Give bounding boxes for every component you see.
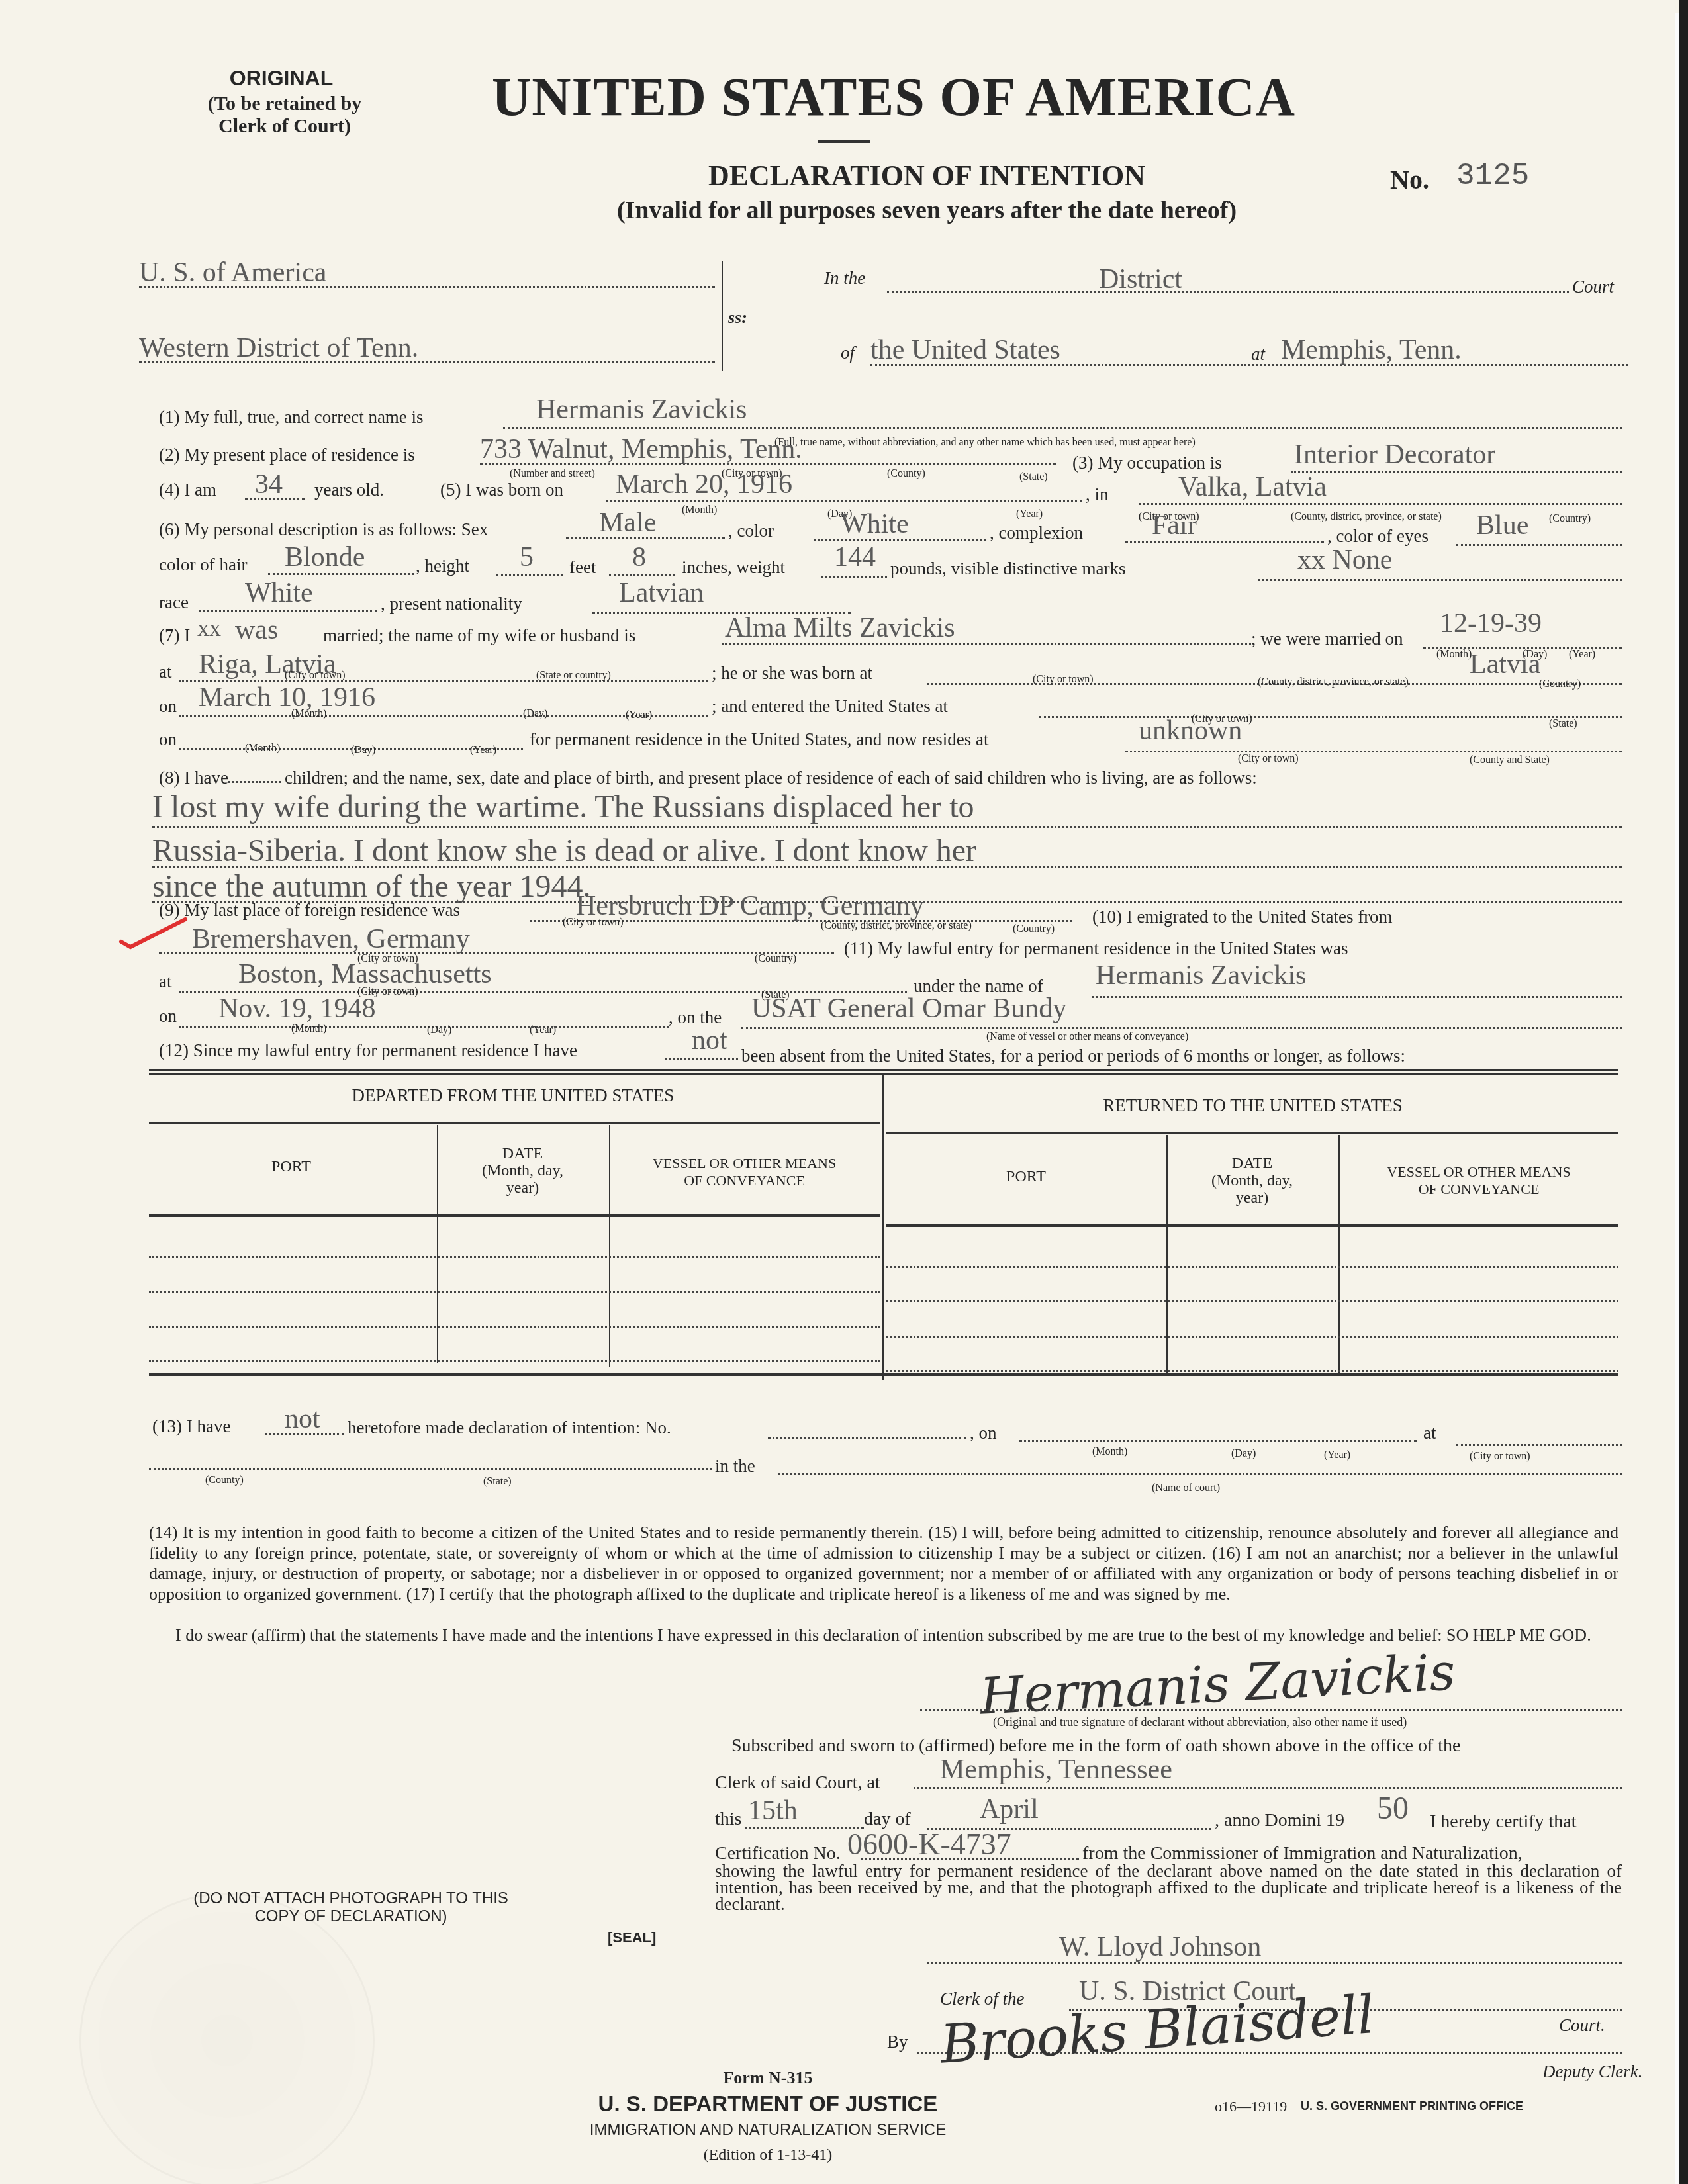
distinctive-marks: xx None (1297, 544, 1392, 576)
col-port-departed: PORT (149, 1158, 434, 1176)
color: White (841, 508, 909, 540)
residence: 733 Walnut, Memphis, Tenn. (480, 433, 802, 465)
caption-month: (Month) (291, 1023, 326, 1035)
certification-number: 0600-K-4737 (847, 1827, 1011, 1862)
q2-label: (2) My present place of residence is (159, 445, 415, 465)
caption-city: (City or town) (1470, 1451, 1530, 1463)
form-edition: (Edition of 1-13-41) (629, 2146, 907, 2164)
declaration-number: 3125 (1456, 159, 1529, 193)
certification-text-b: showing the lawful entry for permanent r… (715, 1863, 1622, 1913)
table-row[interactable] (886, 1300, 1618, 1302)
caption-state: (State) (1549, 718, 1577, 730)
clerk-of-label: Clerk of the (940, 1989, 1024, 2009)
caption-court-name: (Name of court) (1152, 1482, 1220, 1494)
on-label: on (159, 696, 177, 717)
q7-label-b: married; the name of my wife or husband … (323, 625, 635, 646)
caption-county-state: (County and State) (1470, 754, 1550, 766)
q11-label: (11) My lawful entry for permanent resid… (844, 938, 1348, 959)
scan-edge-highlight (1675, 13, 1679, 2184)
q6-label: (6) My personal description is as follow… (159, 520, 488, 540)
color-label: , color (728, 521, 774, 541)
age: 34 (255, 469, 283, 500)
weight: 144 (834, 541, 876, 573)
this-label: this (715, 1809, 741, 1830)
jurat-location: Memphis, Tennessee (940, 1754, 1172, 1786)
oath-swear: I do swear (affirm) that the statements … (149, 1625, 1618, 1645)
entry-date: Nov. 19, 1948 (218, 993, 376, 1024)
q8-label-b: children; and the name, sex, date and pl… (285, 768, 1257, 788)
vessel-header-line-1: VESSEL OR OTHER MEANS (1340, 1163, 1618, 1181)
in-the-label: In the (824, 268, 865, 289)
caption-year: (Year) (1569, 649, 1595, 660)
marriage-date: 12-19-39 (1440, 608, 1542, 639)
scan-edge (1679, 0, 1688, 2184)
q12-label: (12) Since my lawful entry for permanent… (159, 1040, 577, 1061)
full-name: Hermanis Zavickis (536, 394, 747, 426)
print-code: o16—19119 (1215, 2098, 1287, 2115)
col-vessel-returned: VESSEL OR OTHER MEANS OF CONVEYANCE (1340, 1163, 1618, 1198)
table-row[interactable] (149, 1326, 880, 1328)
caption-number-street: (Number and street) (510, 468, 595, 480)
ss-label: ss: (728, 308, 747, 328)
date-header-line-3: year) (438, 1179, 607, 1197)
height-label: , height (416, 556, 469, 576)
caption-county: (County, district, province, or state) (821, 920, 972, 932)
birth-place: Valka, Latvia (1178, 471, 1327, 503)
of-label: of (841, 343, 855, 363)
q9-label: (9) My last place of foreign residence w… (159, 900, 460, 921)
original-note-line-1: (To be retained by (165, 93, 404, 115)
feet-label: feet (569, 557, 596, 578)
complexion: Fair (1152, 510, 1197, 541)
absence-status: not (692, 1024, 727, 1056)
department-name: U. S. DEPARTMENT OF JUSTICE (583, 2091, 953, 2116)
caption-day: (Day) (427, 1024, 451, 1036)
caption-year: (Year) (1324, 1449, 1350, 1461)
original-label: ORIGINAL (192, 66, 371, 91)
resides-label: for permanent residence in the United St… (530, 729, 989, 750)
table-row[interactable] (886, 1266, 1618, 1268)
jurat-day: 15th (748, 1795, 798, 1827)
caption-city: (City or town) (1033, 674, 1094, 686)
caption-country: (Country) (755, 953, 796, 965)
q8-label: (8) I have (159, 768, 228, 788)
sex: Male (599, 507, 656, 539)
spouse-name: Alma Milts Zavickis (725, 612, 955, 644)
original-note-line-2: Clerk of Court) (165, 115, 404, 138)
port-of-entry: Boston, Massachusetts (238, 958, 492, 990)
caption-month: (Month) (291, 708, 326, 720)
hair-color: Blonde (285, 541, 365, 573)
marital-struck: xx (197, 614, 221, 642)
caption-year: (Year) (530, 1024, 556, 1036)
on-label-2: on (159, 729, 177, 750)
q5-in-label: , in (1086, 484, 1109, 505)
table-row[interactable] (149, 1360, 880, 1362)
q4-label: (4) I am (159, 480, 216, 500)
form-subtitle: DECLARATION OF INTENTION (463, 159, 1390, 193)
q11-on-label: on (159, 1006, 177, 1026)
col-vessel-departed: VESSEL OR OTHER MEANS OF CONVEYANCE (610, 1155, 878, 1189)
date-header-line-1: DATE (1168, 1155, 1336, 1172)
eye-color: Blue (1476, 510, 1528, 541)
at-label: at (159, 662, 172, 682)
venue-state: U. S. of America (139, 257, 326, 289)
hair-label: color of hair (159, 555, 247, 575)
caption-month: (Month) (1092, 1446, 1127, 1458)
occupation: Interior Decorator (1294, 439, 1495, 471)
oath-paragraph: (14) It is my intention in good faith to… (149, 1522, 1618, 1604)
vessel-header-line-2: OF CONVEYANCE (610, 1172, 878, 1189)
q13-at-label: at (1423, 1423, 1436, 1443)
inches-label: inches, weight (682, 557, 785, 578)
caption-city: (City or town) (1238, 753, 1299, 765)
height-feet: 5 (520, 541, 534, 573)
spouse-birth-country: Latvia (1470, 649, 1540, 680)
caption-vessel: (Name of vessel or other means of convey… (986, 1031, 1188, 1043)
nationality: Latvian (619, 577, 704, 609)
q3-label: (3) My occupation is (1072, 453, 1222, 473)
complexion-label: , complexion (990, 523, 1083, 543)
returned-header: RETURNED TO THE UNITED STATES (887, 1095, 1618, 1116)
printer-name: U. S. GOVERNMENT PRINTING OFFICE (1301, 2099, 1523, 2113)
caption-month: (Month) (682, 504, 717, 516)
caption-day: (Day) (1231, 1448, 1256, 1460)
court-location: Memphis, Tenn. (1281, 334, 1462, 366)
caption-country: (Country) (1013, 923, 1055, 935)
q5-label: (5) I was born on (440, 480, 563, 500)
q13-label-b: heretofore made declaration of intention… (348, 1418, 671, 1438)
jurat-year: 50 (1377, 1790, 1409, 1827)
caption-county: (County, district, province, or state) (1291, 511, 1442, 523)
children-line-3: since the autumn of the year 1944. (152, 868, 590, 905)
jurat-month: April (980, 1794, 1039, 1825)
date-header-line-2: (Month, day, (1168, 1172, 1336, 1189)
children-line-2: Russia-Siberia. I dont know she is dead … (152, 833, 976, 869)
court-of-value: the United States (870, 334, 1060, 366)
anno-domini-label: , anno Domini 19 (1215, 1810, 1344, 1831)
q1-label: (1) My full, true, and correct name is (159, 407, 424, 428)
deputy-clerk-label: Deputy Clerk. (1542, 2062, 1642, 2082)
birth-date: March 20, 1916 (616, 469, 792, 500)
q10-label: (10) I emigrated to the United States fr… (1092, 907, 1393, 927)
last-foreign-residence: Hersbruch DP Camp, Germany (576, 890, 924, 922)
col-port-returned: PORT (887, 1168, 1165, 1186)
emigrated-from: Bremershaven, Germany (192, 923, 470, 955)
spouse-residence: unknown (1139, 715, 1242, 747)
caption-day: (Day) (351, 745, 375, 756)
embossed-seal (79, 1893, 375, 2184)
court-suffix-label: Court. (1559, 2015, 1605, 2036)
caption-city: (City or town) (285, 670, 346, 682)
caption-year: (Year) (626, 709, 652, 721)
table-row[interactable] (149, 1256, 880, 1258)
declarant-signature: Hermanis Zavickis (978, 1642, 1456, 1725)
caption-city: (City or town) (563, 917, 624, 929)
spouse-born-label: ; he or she was born at (712, 663, 872, 684)
col-date-departed: DATE (Month, day, year) (438, 1145, 607, 1197)
caption-country: (Country) (1539, 678, 1581, 690)
clerk-name: W. Lloyd Johnson (1059, 1931, 1261, 1963)
table-row[interactable] (886, 1336, 1618, 1338)
certify-label: I hereby certify that (1430, 1811, 1577, 1833)
date-header-line-3: year) (1168, 1189, 1336, 1206)
q4-years-label: years old. (314, 480, 384, 500)
by-label: By (887, 2032, 908, 2052)
validity-note: (Invalid for all purposes seven years af… (430, 196, 1423, 225)
married-on-label: ; we were married on (1251, 629, 1403, 649)
q7-label: (7) I (159, 625, 190, 646)
marital-status: was (235, 614, 278, 646)
race: White (245, 577, 313, 609)
caption-month: (Month) (245, 743, 280, 754)
prior-declaration-status: not (285, 1403, 320, 1435)
original-note: (To be retained by Clerk of Court) (165, 93, 404, 138)
seal-label: [SEAL] (608, 1929, 656, 1946)
table-row[interactable] (149, 1291, 880, 1293)
date-header-line-1: DATE (438, 1145, 607, 1162)
spouse-birth-date: March 10, 1916 (199, 682, 375, 713)
caption-year: (Year) (470, 745, 496, 756)
caption-state: (State) (483, 1476, 512, 1488)
entry-name: Hermanis Zavickis (1096, 960, 1306, 991)
q12-label-b: been absent from the United States, for … (741, 1046, 1405, 1066)
vessel-header-line-2: OF CONVEYANCE (1340, 1181, 1618, 1198)
venue-district: Western District of Tenn. (139, 332, 418, 364)
number-label: No. (1390, 164, 1429, 195)
service-name: IMMIGRATION AND NATURALIZATION SERVICE (563, 2121, 973, 2140)
court-type: District (1099, 263, 1182, 295)
form-number: Form N-315 (662, 2068, 874, 2088)
col-date-returned: DATE (Month, day, year) (1168, 1155, 1336, 1206)
entry-vessel: USAT General Omar Bundy (751, 993, 1066, 1024)
clerk-at-label: Clerk of said Court, at (715, 1772, 880, 1794)
caption-state-country: (State or country) (536, 670, 611, 682)
caption-county: (County, district, province, or state) (1258, 676, 1409, 688)
caption-day: (Day) (523, 708, 547, 720)
pounds-label: pounds, visible distinctive marks (890, 559, 1125, 579)
q13-on-label: , on (970, 1423, 997, 1443)
signature-caption: (Original and true signature of declaran… (993, 1715, 1407, 1729)
entered-label: ; and entered the United States at (712, 696, 948, 717)
vessel-header-line-1: VESSEL OR OTHER MEANS (610, 1155, 878, 1172)
title-divider (818, 140, 870, 143)
q11-at-label: at (159, 972, 172, 992)
court-label: Court (1572, 277, 1614, 297)
caption-month: (Month) (1436, 649, 1472, 660)
departed-header: DEPARTED FROM THE UNITED STATES (149, 1085, 877, 1106)
children-line-1: I lost my wife during the wartime. The R… (152, 789, 974, 825)
caption-year: (Year) (1016, 508, 1043, 520)
height-inches: 8 (632, 541, 646, 573)
date-header-line-2: (Month, day, (438, 1162, 607, 1179)
q13-in-the-label: in the (715, 1456, 755, 1477)
red-check-mark-icon (116, 917, 189, 950)
caption-country: (Country) (1549, 513, 1591, 525)
caption-county: (County) (887, 468, 925, 480)
at-label: at (1251, 344, 1265, 365)
q13-label: (13) I have (152, 1416, 230, 1437)
table-row[interactable] (886, 1370, 1618, 1372)
caption-county: (County) (205, 1475, 244, 1486)
q1-caption: (Full, true name, without abbreviation, … (774, 437, 1196, 449)
caption-state: (State) (1019, 471, 1048, 483)
nationality-label: , present nationality (381, 594, 522, 614)
page-title: UNITED STATES OF AMERICA (450, 66, 1337, 128)
race-label: race (159, 592, 189, 613)
